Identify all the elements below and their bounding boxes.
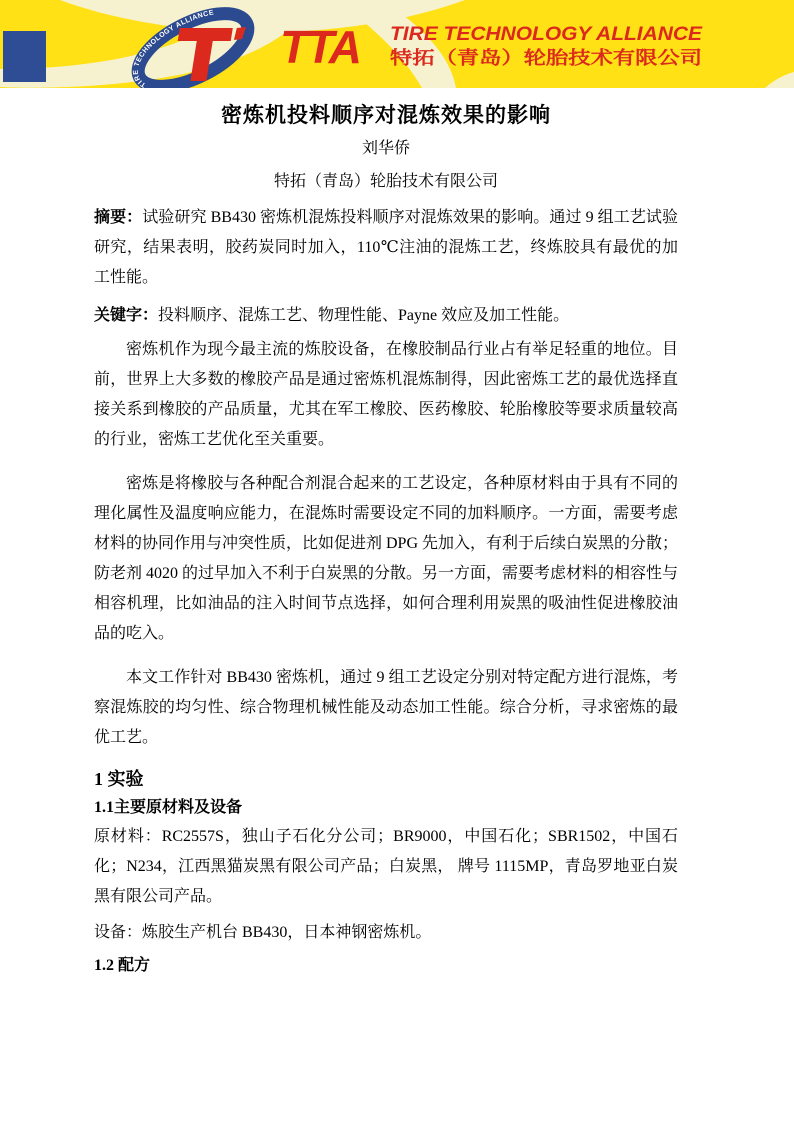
- section-heading-materials-equipment: 1.1主要原材料及设备: [94, 796, 678, 820]
- org-name-zh: 特拓（青岛）轮胎技术有限公司: [390, 47, 702, 68]
- abstract-text: 试验研究 BB430 密炼机混炼投料顺序对混炼效果的影响。通过 9 组工艺试验研…: [94, 209, 678, 286]
- intro-paragraph-1: 密炼机作为现今最主流的炼胶设备，在橡胶制品行业占有举足轻重的地位。目前，世界上大…: [94, 335, 678, 455]
- section-heading-experiment: 1 实验: [94, 767, 678, 791]
- materials-paragraph: 原材料：RC2557S，独山子石化分公司；BR9000，中国石化；SBR1502…: [94, 822, 678, 912]
- abstract-label: 摘要：: [94, 209, 142, 226]
- banner-graphic: TIRE TECHNOLOGY ALLIANCE TTA TIRE TECHNO…: [0, 0, 794, 88]
- left-blue-block: [3, 31, 46, 82]
- keywords-label: 关键字：: [94, 307, 158, 324]
- org-name-en: TIRE TECHNOLOGY ALLIANCE: [390, 24, 703, 45]
- keywords-paragraph: 关键字：投料顺序、混炼工艺、物理性能、Payne 效应及加工性能。: [94, 301, 678, 331]
- article-author: 刘华侨: [94, 138, 678, 160]
- section-heading-formula: 1.2 配方: [94, 954, 678, 978]
- intro-paragraph-2: 密炼是将橡胶与各种配合剂混合起来的工艺设定，各种原材料由于具有不同的理化属性及温…: [94, 469, 678, 649]
- tta-acronym: TTA: [280, 21, 360, 73]
- keywords-text: 投料顺序、混炼工艺、物理性能、Payne 效应及加工性能。: [158, 307, 569, 324]
- article-body: 密炼机投料顺序对混炼效果的影响 刘华侨 特拓（青岛）轮胎技术有限公司 摘要：试验…: [0, 88, 794, 978]
- letterhead-banner: TIRE TECHNOLOGY ALLIANCE TTA TIRE TECHNO…: [0, 0, 794, 88]
- document-page: TIRE TECHNOLOGY ALLIANCE TTA TIRE TECHNO…: [0, 0, 794, 1123]
- abstract-paragraph: 摘要：试验研究 BB430 密炼机混炼投料顺序对混炼效果的影响。通过 9 组工艺…: [94, 203, 678, 293]
- intro-paragraph-3: 本文工作针对 BB430 密炼机，通过 9 组工艺设定分别对特定配方进行混炼，考…: [94, 663, 678, 753]
- article-title: 密炼机投料顺序对混炼效果的影响: [94, 101, 678, 129]
- article-affiliation: 特拓（青岛）轮胎技术有限公司: [94, 171, 678, 193]
- equipment-paragraph: 设备：炼胶生产机台 BB430，日本神钢密炼机。: [94, 918, 678, 948]
